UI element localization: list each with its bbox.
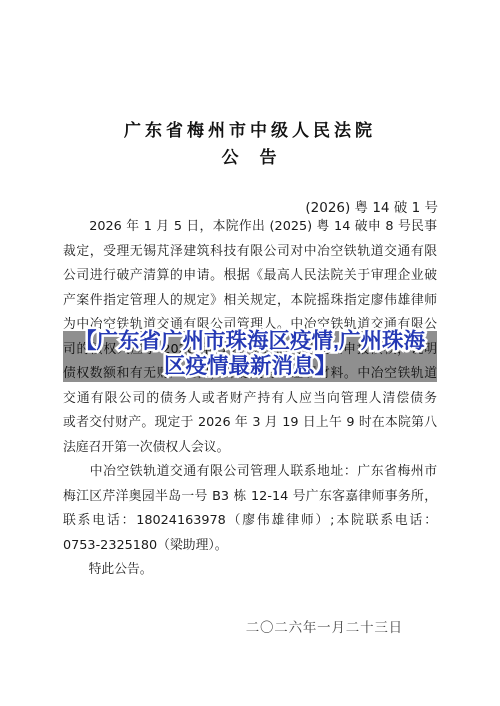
caption-line-2: 区疫情最新消息】 区疫情最新消息】	[55, 354, 445, 379]
body-line: 交通有限公司的债务人或者财产持有人应当向管理人清偿债务	[63, 387, 437, 412]
body-line: 梅江区芹洋奥园半岛一号 B3 栋 12-14 号广东客嘉律师事务所，	[63, 485, 437, 510]
body-line: 裁定，受理无锡芃泽建筑科技有限公司对中冶空铁轨道交通有限	[63, 240, 437, 265]
body-line: 或者交付财产。现定于 2026 年 3 月 19 日上午 9 时在本院第八	[63, 411, 437, 436]
body-line: 2026 年 1 月 5 日，本院作出 (2025) 粤 14 破申 8 号民事	[63, 215, 437, 240]
issue-date: 二〇二六年一月二十三日	[246, 616, 403, 636]
body-line: 中冶空铁轨道交通有限公司管理人联系地址：广东省梅州市	[63, 460, 437, 485]
caption-text: 区疫情最新消息】	[164, 354, 336, 378]
announcement-body: 2026 年 1 月 5 日，本院作出 (2025) 粤 14 破申 8 号民事…	[63, 215, 437, 583]
body-line: 产案件指定管理人的规定》相关规定，本院摇珠指定廖伟雄律师	[63, 289, 437, 314]
case-number: (2026) 粤 14 破 1 号	[305, 196, 438, 216]
announcement-page: 广东省梅州市中级人民法院 公 告 (2026) 粤 14 破 1 号 2026 …	[0, 0, 500, 706]
body-line: 公司进行破产清算的申请。根据《最高人民法院关于审理企业破	[63, 264, 437, 289]
caption-line-1: 【广东省广州市珠海区疫情,广州珠海 【广东省广州市珠海区疫情,广州珠海	[55, 329, 445, 354]
caption-text: 【广东省广州市珠海区疫情,广州珠海	[75, 329, 425, 353]
doc-type-title: 公 告	[0, 143, 500, 168]
court-name: 广东省梅州市中级人民法院	[0, 116, 500, 141]
body-line: 0753-2325180（梁助理）。	[63, 534, 437, 559]
caption-overlay-text: 【广东省广州市珠海区疫情,广州珠海 【广东省广州市珠海区疫情,广州珠海 区疫情最…	[55, 329, 445, 379]
body-line: 法庭召开第一次债权人会议。	[63, 436, 437, 461]
body-line: 特此公告。	[63, 558, 437, 583]
body-line: 联系电话：18024163978（廖伟雄律师）;本院联系电话：	[63, 509, 437, 534]
